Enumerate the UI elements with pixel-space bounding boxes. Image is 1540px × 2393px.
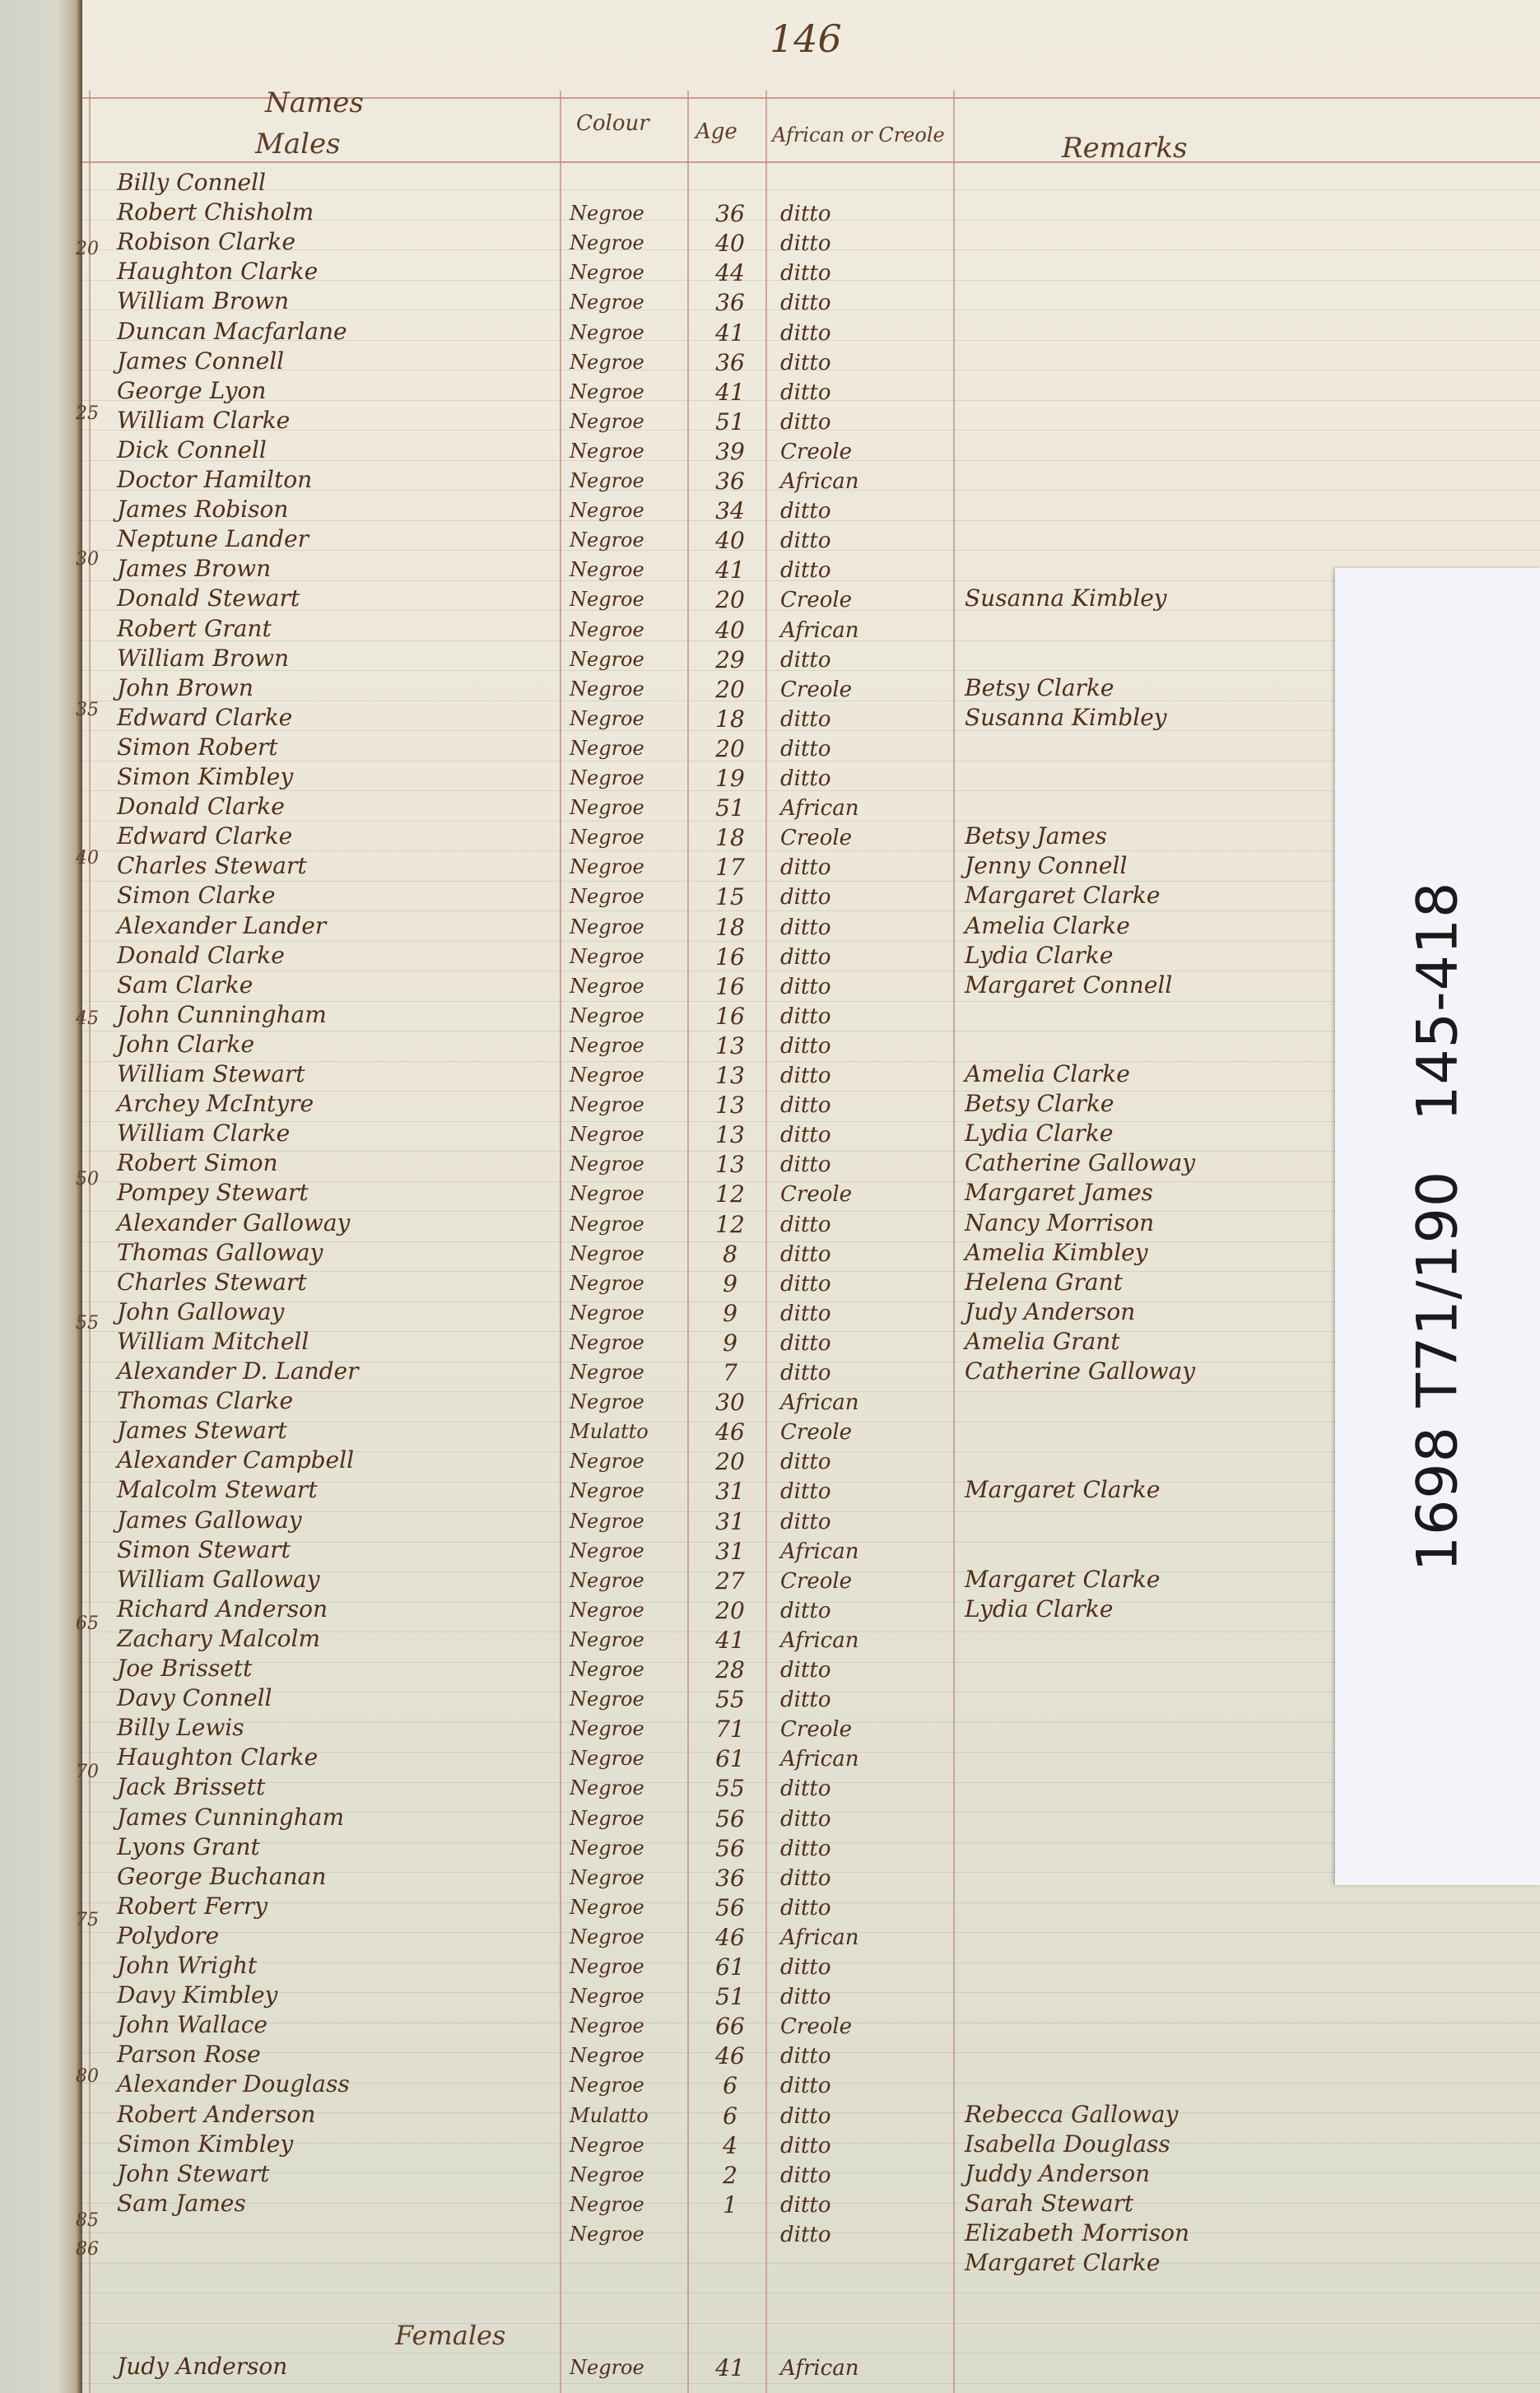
cell-name: Charles Stewart [117,1269,307,1296]
ruled-line [82,1061,1540,1062]
table-row: Alexander GallowayNegroe12dittoNancy Mor… [82,1209,1399,1237]
cell-remarks: Betsy Clarke [965,1090,1114,1117]
cell-colour: Negroe [570,261,644,284]
ruled-line [82,2323,1540,2324]
cell-name: Malcolm Stewart [117,1476,318,1503]
cell-name: Edward Clarke [117,704,292,731]
cell-name: Robert Grant [117,615,272,642]
ruled-line [82,1362,1540,1362]
ruled-line [82,730,1540,731]
cell-colour: Negroe [570,855,644,878]
cell-name: James Galloway [117,1506,302,1534]
table-row: Jack BrissettNegroe55ditto [82,1773,1399,1801]
table-row: Malcolm StewartNegroe31dittoMargaret Cla… [82,1476,1399,1504]
cell-colour: Negroe [570,1747,644,1770]
cell-name: Lyons Grant [117,1833,260,1860]
names-header: Names [265,86,364,119]
table-row: William ClarkeNegroe13dittoLydia Clarke [82,1120,1399,1148]
cell-name: Donald Stewart [117,584,300,612]
margin-count-number: 25 [76,403,99,424]
cell-age: 55 [701,1686,759,1713]
cell-name: John Wallace [117,2011,268,2038]
cell-age: 13 [701,1032,759,1059]
cell-age: 44 [701,259,759,286]
cell-age: 13 [701,1121,759,1148]
table-row: John ClarkeNegroe13ditto [82,1031,1399,1059]
cell-colour: Negroe [570,1213,644,1236]
cell-colour: Negroe [570,2163,644,2186]
ruled-line [82,2263,1540,2264]
margin-count-number: 50 [76,1169,99,1190]
ruled-line [82,971,1540,971]
cell-name: Simon Kimbley [117,2130,293,2158]
ruled-line [82,1962,1540,1963]
cell-age: 16 [701,943,759,971]
cell-age: 20 [701,735,759,762]
table-row: Simon RobertNegroe20ditto [82,733,1399,761]
ruled-line [82,1902,1540,1903]
cell-name: Robison Clarke [117,228,295,255]
ruled-line [82,850,1540,851]
cell-age: 36 [701,349,759,376]
ruled-line [82,2383,1540,2384]
cell-age: 19 [701,765,759,792]
cell-name: Simon Stewart [117,1536,291,1563]
cell-origin: ditto [780,1510,831,1534]
cell-colour: Negroe [570,1301,644,1325]
cell-name: Duncan Macfarlane [117,318,347,345]
ruled-line [82,189,1540,190]
cell-name: Alexander Douglass [117,2070,350,2097]
cell-remarks: Amelia Clarke [965,912,1130,939]
cell-age: 20 [701,676,759,703]
ruled-line [82,1482,1540,1483]
cell-remarks: Lydia Clarke [965,1595,1113,1622]
ruled-line [82,1151,1540,1152]
cell-remarks: Lydia Clarke [965,1120,1113,1147]
cell-colour: Negroe [570,291,644,314]
table-row: Robison ClarkeNegroe40ditto [82,228,1399,256]
cell-name: John Cunningham [117,1001,327,1028]
ruled-line [82,550,1540,551]
cell-name: Alexander Galloway [117,1209,350,1236]
cell-origin: ditto [780,2074,831,2098]
cell-name: Parson Rose [117,2041,261,2068]
table-row: Robert AndersonMulatto6dittoRebecca Gall… [82,2101,1399,2129]
ruled-line [82,2112,1540,2113]
cell-colour: Negroe [570,1331,644,1354]
cell-name: Jack Brissett [117,1773,265,1800]
cell-origin: ditto [780,321,831,346]
cell-age: 71 [701,1716,759,1743]
cell-age: 28 [701,1656,759,1683]
cell-name: Robert Ferry [117,1893,268,1920]
cell-name: John Brown [117,674,254,701]
ruled-line [82,1511,1540,1512]
ruled-line [82,1031,1540,1031]
cell-origin: ditto [780,2044,831,2069]
cell-remarks: Margaret Clarke [965,882,1160,909]
cell-name: Archey McIntyre [117,1090,314,1117]
ruled-line [82,1662,1540,1663]
cell-remarks: Betsy James [965,822,1107,850]
table-row: James BrownNegroe41ditto [82,555,1399,583]
cell-origin: ditto [780,1479,831,1504]
table-row: PolydoreNegroe46African [82,1922,1399,1950]
ruled-line [82,1872,1540,1873]
cell-origin: ditto [780,915,831,940]
cell-colour: Negroe [570,202,644,225]
cell-origin: ditto [780,707,831,732]
table-row: Edward ClarkeNegroe18CreoleBetsy James [82,822,1399,850]
cell-colour: Negroe [570,1123,644,1146]
ruled-line [82,400,1540,401]
ruled-line [82,821,1540,822]
table-row: William BrownNegroe36ditto [82,287,1399,315]
ruled-line [82,910,1540,911]
table-row: Charles StewartNegroe17dittoJenny Connel… [82,852,1399,880]
cell-age: 41 [701,379,759,406]
table-row: Alexander LanderNegroe18dittoAmelia Clar… [82,912,1399,940]
ruled-line [82,1091,1540,1092]
cell-origin: ditto [780,885,831,910]
cell-origin: Creole [780,2014,852,2039]
cell-colour: Negroe [570,945,644,968]
cell-age: 6 [701,2102,759,2130]
cell-colour: Negroe [570,975,644,998]
cell-colour: Negroe [570,796,644,819]
cell-name: Billy Lewis [117,1714,244,1741]
cell-colour: Negroe [570,2074,644,2097]
table-row: Sam JamesNegroe1dittoSarah Stewart [82,2190,1399,2218]
cell-name: William Brown [117,645,289,672]
cell-origin: ditto [780,2193,831,2218]
cell-origin: ditto [780,1955,831,1980]
cell-origin: ditto [780,261,831,286]
cell-age: 51 [701,794,759,822]
table-row: James ConnellNegroe36ditto [82,347,1399,375]
archive-reference: 1698 T71/190145-418 [1405,882,1470,1572]
ruled-line [82,1602,1540,1603]
table-row: William BrownNegroe29ditto [82,645,1399,673]
cell-name: Pompey Stewart [117,1179,309,1206]
cell-colour: Negroe [570,1242,644,1265]
cell-origin: African [780,618,859,643]
cell-remarks: Susanna Kimbley [965,584,1167,612]
table-row: William GallowayNegroe27CreoleMargaret C… [82,1566,1399,1594]
ruled-line [82,941,1540,942]
cell-origin: ditto [780,2134,831,2158]
cell-age: 61 [701,1953,759,1981]
age-header: Age [696,119,737,144]
cell-origin: ditto [780,737,831,761]
cell-remarks: Amelia Kimbley [965,1239,1148,1266]
cell-colour: Negroe [570,1004,644,1027]
cell-origin: Creole [780,1182,852,1207]
cell-age: 20 [701,1448,759,1475]
ruled-line [82,790,1540,791]
ruled-line [82,1301,1540,1302]
margin-count-number: 85 [76,2210,99,2231]
cell-name: Richard Anderson [117,1595,328,1622]
cell-age: 41 [701,319,759,347]
cell-colour: Negroe [570,885,644,908]
ruled-line [82,670,1540,671]
cell-origin: ditto [780,291,831,315]
cell-colour: Negroe [570,2223,644,2246]
cell-colour: Mulatto [570,2104,649,2127]
ruled-line [82,2143,1540,2144]
cell-age: 13 [701,1062,759,1089]
cell-origin: ditto [780,380,831,405]
cell-age: 9 [701,1300,759,1327]
cell-remarks: Amelia Clarke [965,1060,1130,1087]
ruled-line [82,1752,1540,1753]
ruled-line [82,1331,1540,1332]
cell-remarks: Rebecca Galloway [965,2101,1178,2128]
table-row: Alexander DouglassNegroe6ditto [82,2070,1399,2098]
cell-origin: ditto [780,2104,831,2129]
ruled-line [82,1391,1540,1392]
table-row: Billy Connell [82,169,1399,197]
cell-name: Davy Connell [117,1684,272,1711]
cell-name: William Brown [117,287,289,314]
cell-colour: Negroe [570,1717,644,1740]
margin-count-number: 45 [76,1008,99,1029]
cell-origin: Creole [780,677,852,702]
ruled-line [82,2083,1540,2083]
cell-origin: ditto [780,1242,831,1267]
cell-colour: Negroe [570,469,644,492]
table-row: Simon ClarkeNegroe15dittoMargaret Clarke [82,882,1399,910]
table-row: Edward ClarkeNegroe18dittoSusanna Kimble… [82,704,1399,732]
table-row: Haughton ClarkeNegroe61African [82,1744,1399,1771]
table-row: Simon StewartNegroe31African [82,1536,1399,1564]
cell-age: 46 [701,2042,759,2069]
cell-remarks: Isabella Douglass [965,2130,1170,2158]
cell-age: 51 [701,1983,759,2010]
cell-age: 41 [701,2354,759,2381]
table-row: George LyonNegroe41ditto [82,377,1399,405]
cell-colour: Negroe [570,1510,644,1533]
margin-count-number: 80 [76,2066,99,2087]
table-row: James CunninghamNegroe56ditto [82,1804,1399,1832]
ruled-line [82,580,1540,581]
ruled-line [82,370,1540,370]
table-row: Robert GrantNegroe40African [82,615,1399,643]
ruled-line [82,881,1540,882]
cell-age: 36 [701,289,759,316]
table-row: James GallowayNegroe31ditto [82,1506,1399,1534]
cell-colour: Negroe [570,1034,644,1057]
cell-origin: African [780,796,859,821]
ruled-line [82,490,1540,491]
cell-name: Donald Clarke [117,793,285,820]
cell-name: Billy Connell [117,169,266,196]
cell-origin: ditto [780,1837,831,1861]
cell-origin: ditto [780,945,831,970]
cell-name: Simon Clarke [117,882,275,909]
ruled-line [82,2353,1540,2353]
table-row: William StewartNegroe13dittoAmelia Clark… [82,1060,1399,1088]
cell-remarks: Juddy Anderson [965,2160,1150,2187]
cell-colour: Negroe [570,915,644,938]
cell-name: Charles Stewart [117,852,307,879]
cell-name: Thomas Galloway [117,1239,323,1266]
ruled-line [82,1992,1540,1993]
ruled-line [82,430,1540,431]
table-row: Robert SimonNegroe13dittoCatherine Gallo… [82,1149,1399,1177]
cell-name: Robert Chisholm [117,198,314,226]
ruled-line [82,1812,1540,1813]
cell-name: Robert Anderson [117,2101,315,2128]
cell-origin: ditto [780,1152,831,1177]
cell-origin: ditto [780,231,831,256]
cell-origin: African [780,2356,859,2381]
cell-age: 40 [701,230,759,257]
cell-name: William Clarke [117,1120,290,1147]
table-row: John StewartNegroe2dittoJuddy Anderson [82,2160,1399,2188]
cell-colour: Negroe [570,648,644,671]
cell-age: 16 [701,973,759,1000]
cell-name: John Wright [117,1952,257,1979]
header-bottom-rule [82,161,1540,163]
cell-name: Joe Brissett [117,1655,252,1682]
cell-origin: ditto [780,1807,831,1832]
cell-colour: Negroe [570,737,644,760]
cell-age: 18 [701,914,759,941]
cell-name: James Robison [117,496,288,523]
cell-age: 6 [701,2072,759,2099]
cell-remarks: Catherine Galloway [965,1149,1195,1176]
ruled-line [82,761,1540,761]
table-row: Donald ClarkeNegroe51African [82,793,1399,821]
table-row: Simon KimbleyNegroe4dittoIsabella Dougla… [82,2130,1399,2158]
cell-age: 56 [701,1805,759,1832]
cell-name: Neptune Lander [117,525,309,552]
cell-age: 61 [701,1745,759,1772]
cell-age: 29 [701,646,759,673]
cell-age: 56 [701,1835,759,1862]
cell-age: 13 [701,1151,759,1178]
cell-name: Zachary Malcolm [117,1625,320,1652]
remarks-header: Remarks [1062,132,1188,165]
cell-age: 66 [701,2013,759,2040]
cell-name: Sam Clarke [117,971,253,999]
cell-colour: Negroe [570,1361,644,1384]
cell-colour: Negroe [570,588,644,611]
table-row: Parson RoseNegroe46ditto [82,2041,1399,2069]
cell-origin: ditto [780,1272,831,1297]
cell-age: 18 [701,705,759,733]
cell-age: 30 [701,1389,759,1416]
cell-colour: Negroe [570,1152,644,1176]
colour-header: Colour [576,111,649,136]
cell-colour: Negroe [570,1272,644,1295]
table-row: Davy ConnellNegroe55ditto [82,1684,1399,1712]
cell-remarks: Judy Anderson [965,1298,1135,1325]
ruled-line [82,2023,1540,2023]
cell-age: 2 [701,2162,759,2189]
cell-origin: ditto [780,2223,831,2247]
cell-age: 36 [701,468,759,495]
table-row: Haughton ClarkeNegroe44ditto [82,258,1399,286]
cell-name: John Stewart [117,2160,269,2187]
cell-age: 41 [701,1627,759,1654]
cell-name: James Brown [117,555,271,582]
cell-origin: Creole [780,826,852,850]
cell-age: 9 [701,1270,759,1297]
cell-age: 15 [701,883,759,910]
table-row: Davy KimbleyNegroe51ditto [82,1981,1399,2009]
cell-origin: ditto [780,1301,831,1326]
cell-origin: ditto [780,1213,831,1237]
cell-remarks: Margaret Clarke [965,1566,1160,1593]
ruled-line [82,280,1540,281]
ruled-line [82,310,1540,310]
cell-colour: Negroe [570,618,644,641]
table-row: John CunninghamNegroe16ditto [82,1001,1399,1029]
table-row: Sam ClarkeNegroe16dittoMargaret Connell [82,971,1399,999]
cell-colour: Negroe [570,1539,644,1562]
cell-colour: Negroe [570,2193,644,2216]
cell-origin: ditto [780,766,831,791]
cell-age: 12 [701,1180,759,1208]
cell-colour: Negroe [570,1479,644,1502]
cell-origin: African [780,1539,859,1564]
ruled-line [82,1632,1540,1632]
margin-count-number: 86 [76,2239,99,2260]
cell-age: 4 [701,2132,759,2159]
ruled-line [82,1121,1540,1122]
cell-remarks: Betsy Clarke [965,674,1114,701]
cell-origin: ditto [780,648,831,673]
ruled-line [82,1241,1540,1242]
cell-name: Edward Clarke [117,822,292,850]
table-row: Robert ChisholmNegroe36ditto [82,198,1399,226]
cell-name: George Buchanan [117,1863,326,1890]
cell-colour: Negroe [570,1182,644,1205]
cell-colour: Negroe [570,1776,644,1799]
cell-name: Davy Kimbley [117,1981,277,2009]
table-row: Simon KimbleyNegroe19ditto [82,763,1399,791]
cell-age: 9 [701,1329,759,1357]
ruled-line [82,520,1540,521]
cell-name: Simon Kimbley [117,763,293,790]
cell-origin: ditto [780,351,831,375]
cell-origin: ditto [780,1331,831,1356]
cell-age: 16 [701,1003,759,1030]
cell-age: 36 [701,200,759,227]
ruled-line [82,640,1540,641]
cell-colour: Negroe [570,2044,644,2067]
cell-name: James Cunningham [117,1804,344,1831]
cell-name: Haughton Clarke [117,1744,318,1771]
ruled-line [82,1692,1540,1692]
table-row: Robert FerryNegroe56ditto [82,1893,1399,1920]
cell-age: 39 [701,438,759,465]
cell-colour: Negroe [570,766,644,789]
table-row: Richard AndersonNegroe20dittoLydia Clark… [82,1595,1399,1623]
ruled-line [82,1782,1540,1783]
cell-name: Simon Robert [117,733,278,761]
cell-remarks: Jenny Connell [965,852,1127,879]
cell-colour: Negroe [570,231,644,254]
ruled-line [82,220,1540,221]
cell-origin: ditto [780,202,831,226]
cell-colour: Negroe [570,1985,644,2008]
cell-age: 56 [701,1894,759,1921]
